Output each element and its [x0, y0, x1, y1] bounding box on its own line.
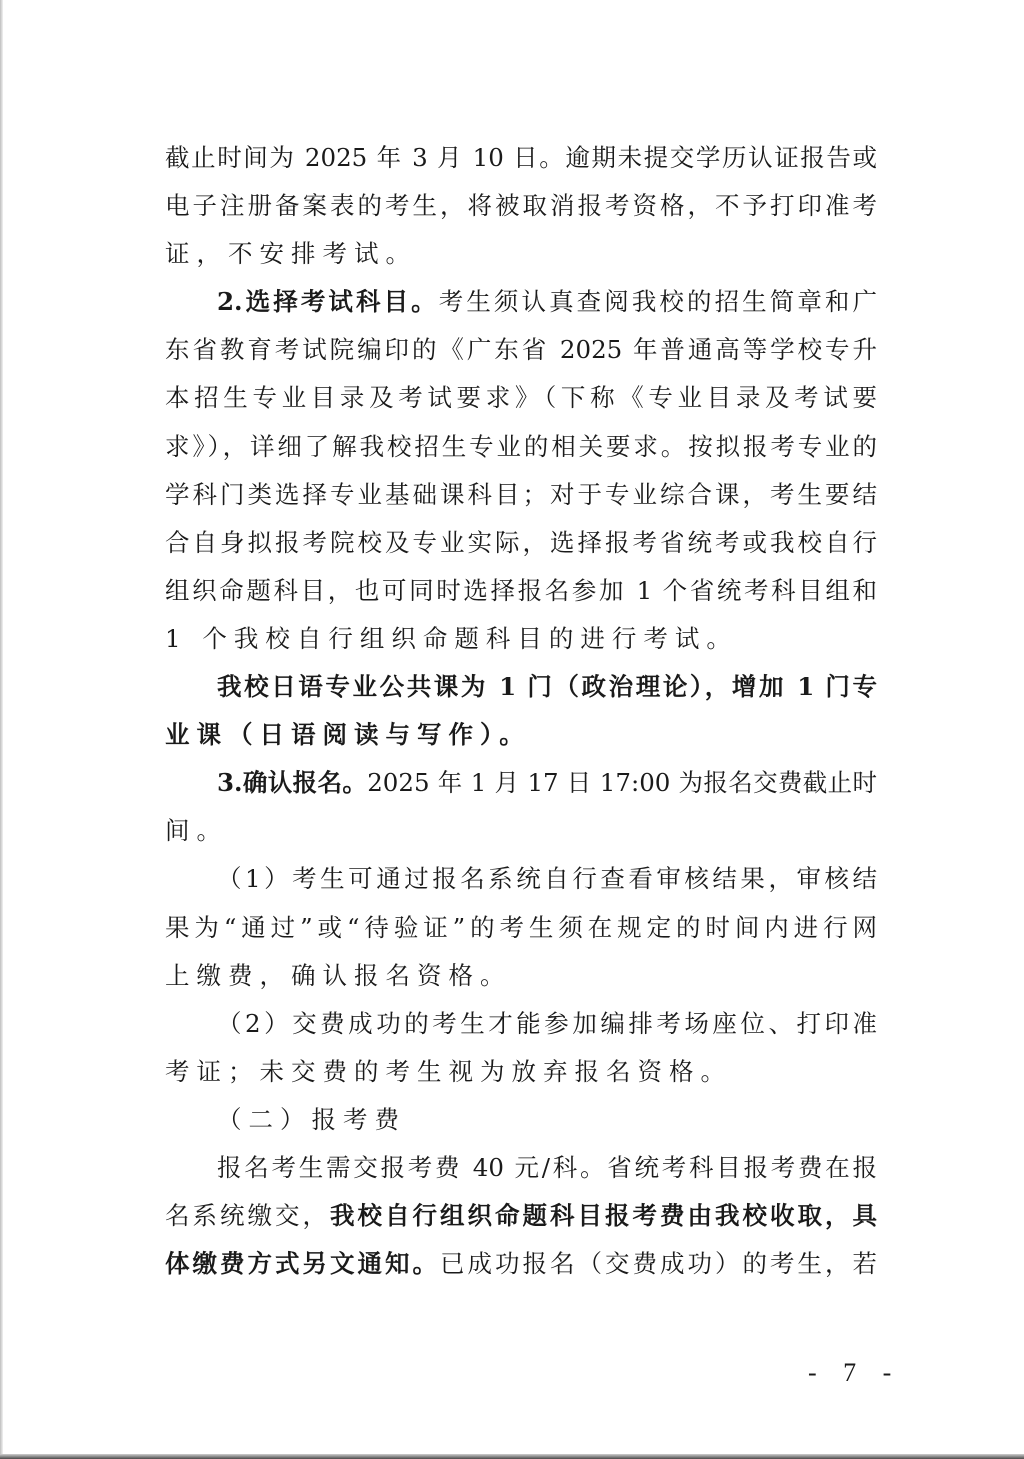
text-segment: 果为“通过”或“待验证”的考生须在规定的时间内进行网 [165, 913, 877, 942]
text-line: 果为“通过”或“待验证”的考生须在规定的时间内进行网 [165, 904, 877, 952]
text-segment: 电子注册备案表的考生，将被取消报考资格，不予打印准考 [165, 191, 877, 220]
text-segment: 考生须认真查阅我校的招生简章和广 [439, 287, 877, 316]
text-segment: 1 个我校自行组织命题科目的进行考试。 [165, 624, 738, 653]
text-line: 考证；未交费的考生视为放弃报名资格。 [165, 1048, 877, 1096]
text-line: （2）交费成功的考生才能参加编排考场座位、打印准 [165, 1000, 877, 1048]
bold-text-segment: 我校自行组织命题科目报考费由我校收取，具 [330, 1201, 877, 1230]
text-line: 本招生专业目录及考试要求》（下称《专业目录及考试要 [165, 374, 877, 422]
text-segment: 东省教育考试院编印的《广东省 2025 年普通高等学校专升 [165, 335, 877, 364]
text-segment: 报名考生需交报考费 40 元/科。省统考科目报考费在报 [217, 1153, 877, 1182]
text-line: 体缴费方式另文通知。已成功报名（交费成功）的考生，若 [165, 1240, 877, 1288]
text-segment: 间。 [165, 816, 228, 845]
document-body: 截止时间为 2025 年 3 月 10 日。逾期未提交学历认证报告或电子注册备案… [165, 134, 877, 1288]
bold-text-segment: 2.选择考试科目。 [217, 287, 439, 316]
text-line: （1）考生可通过报名系统自行查看审核结果，审核结 [165, 855, 877, 903]
text-line: 电子注册备案表的考生，将被取消报考资格，不予打印准考 [165, 182, 877, 230]
document-page: 截止时间为 2025 年 3 月 10 日。逾期未提交学历认证报告或电子注册备案… [0, 0, 1024, 1459]
text-segment: 合自身拟报考院校及专业实际，选择报考省统考或我校自行 [165, 528, 877, 557]
text-line: 1 个我校自行组织命题科目的进行考试。 [165, 615, 877, 663]
bold-text-segment: 我校日语专业公共课为 1 门（政治理论），增加 1 门专 [217, 672, 877, 701]
text-line: 间。 [165, 807, 877, 855]
text-line: 合自身拟报考院校及专业实际，选择报考省统考或我校自行 [165, 519, 877, 567]
text-segment: 求》），详细了解我校招生专业的相关要求。按拟报考专业的 [165, 432, 877, 461]
text-segment: （1）考生可通过报名系统自行查看审核结果，审核结 [217, 864, 877, 893]
text-line: 证，不安排考试。 [165, 230, 877, 278]
text-segment: （二）报考费 [217, 1105, 406, 1134]
text-line: 2.选择考试科目。考生须认真查阅我校的招生简章和广 [165, 278, 877, 326]
text-line: 截止时间为 2025 年 3 月 10 日。逾期未提交学历认证报告或 [165, 134, 877, 182]
text-segment: 截止时间为 2025 年 3 月 10 日。逾期未提交学历认证报告或 [165, 143, 877, 172]
text-line: 上缴费，确认报名资格。 [165, 952, 877, 1000]
text-line: 业课（日语阅读与写作）。 [165, 711, 877, 759]
text-segment: 考证；未交费的考生视为放弃报名资格。 [165, 1057, 732, 1086]
bold-text-segment: 体缴费方式另文通知。 [165, 1249, 440, 1278]
text-line: 3.确认报名。2025 年 1 月 17 日 17:00 为报名交费截止时 [165, 759, 877, 807]
bold-text-segment: 3.确认报名。 [217, 768, 367, 797]
text-segment: 已成功报名（交费成功）的考生，若 [440, 1249, 877, 1278]
text-line: 东省教育考试院编印的《广东省 2025 年普通高等学校专升 [165, 326, 877, 374]
text-segment: 名系统缴交， [165, 1201, 330, 1230]
page-number: - 7 - [808, 1358, 901, 1388]
scan-left-edge [0, 0, 3, 1459]
text-segment: （2）交费成功的考生才能参加编排考场座位、打印准 [217, 1009, 877, 1038]
text-line: （二）报考费 [165, 1096, 877, 1144]
scan-bottom-edge [0, 1454, 1024, 1459]
text-segment: 组织命题科目，也可同时选择报名参加 1 个省统考科目组和 [165, 576, 877, 605]
text-line: 我校日语专业公共课为 1 门（政治理论），增加 1 门专 [165, 663, 877, 711]
text-line: 组织命题科目，也可同时选择报名参加 1 个省统考科目组和 [165, 567, 877, 615]
text-line: 名系统缴交，我校自行组织命题科目报考费由我校收取，具 [165, 1192, 877, 1240]
bold-text-segment: 业课（日语阅读与写作）。 [165, 720, 531, 749]
text-segment: 2025 年 1 月 17 日 17:00 为报名交费截止时 [367, 768, 877, 797]
text-segment: 上缴费，确认报名资格。 [165, 961, 512, 990]
text-line: 学科门类选择专业基础课科目；对于专业综合课，考生要结 [165, 471, 877, 519]
text-line: 报名考生需交报考费 40 元/科。省统考科目报考费在报 [165, 1144, 877, 1192]
text-segment: 本招生专业目录及考试要求》（下称《专业目录及考试要 [165, 383, 877, 412]
text-segment: 证，不安排考试。 [165, 239, 417, 268]
text-segment: 学科门类选择专业基础课科目；对于专业综合课，考生要结 [165, 480, 877, 509]
text-line: 求》），详细了解我校招生专业的相关要求。按拟报考专业的 [165, 423, 877, 471]
